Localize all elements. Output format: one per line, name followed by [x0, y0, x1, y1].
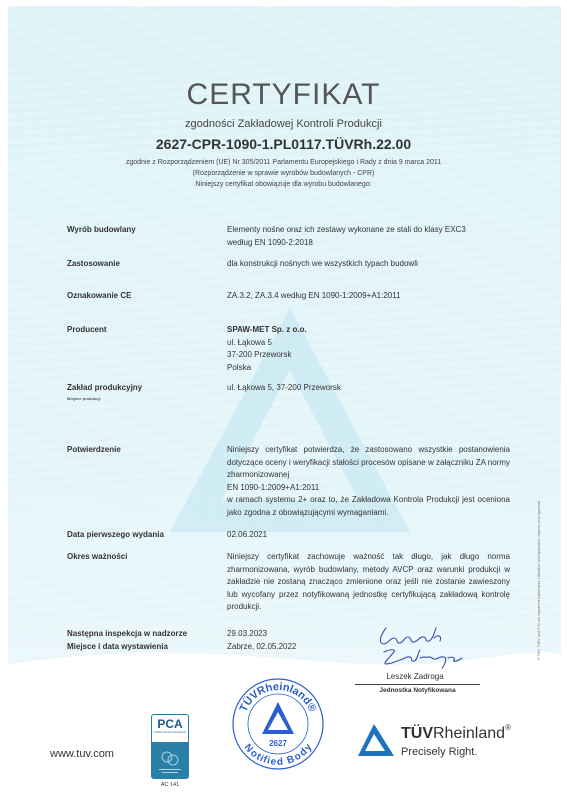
- certificate-page: CERTYFIKAT zgodności Zakładowej Kontroli…: [0, 0, 567, 801]
- field-value: Elementy nośne oraz ich zestawy wykonane…: [227, 224, 510, 249]
- field-label: Miejsce i data wystawienia: [67, 641, 227, 654]
- signature-line: [355, 684, 480, 685]
- value-line: Niniejszy certyfikat potwierdza, że zast…: [227, 444, 510, 482]
- field-value: ul. Łąkowa 5, 37-200 Przeworsk: [227, 382, 510, 395]
- field-sublabel: Miejsce produkcji: [67, 395, 227, 402]
- field-label: Zastosowanie: [67, 258, 227, 271]
- field-label: Okres ważności: [67, 551, 227, 564]
- value-line: EN 1090-1:2009+A1:2011: [227, 482, 510, 495]
- field-label: Data pierwszego wydania: [67, 529, 227, 542]
- address-line: 37-200 Przeworsk: [227, 349, 510, 362]
- pca-rings-icon: [151, 742, 189, 779]
- tuv-brand-name: TÜVRheinland®: [401, 725, 511, 743]
- tuv-triangle-logo-icon: [356, 722, 396, 758]
- address-line: Polska: [227, 362, 510, 375]
- field-value: Niniejszy certyfikat potwierdza, że zast…: [227, 444, 510, 519]
- producer-name: SPAW-MET Sp. z o.o.: [227, 324, 510, 337]
- value-line: Elementy nośne oraz ich zestawy wykonane…: [227, 224, 510, 237]
- value-line: według EN 1090-2:2018: [227, 237, 510, 250]
- field-label: Następna inspekcja w nadzorze: [67, 628, 227, 641]
- signer-name: Leszek Zadroga: [360, 672, 470, 681]
- regulation-line: zgodnie z Rozporządzeniem (UE) Nr 305/20…: [0, 157, 567, 168]
- website-link[interactable]: www.tuv.com: [50, 748, 114, 760]
- pca-word: PCA: [152, 715, 188, 731]
- brand-regular: Rheinland: [433, 725, 505, 742]
- certificate-number: 2627-CPR-1090-1.PL0117.TÜVRh.22.00: [0, 136, 567, 152]
- field-label: Oznakowanie CE: [67, 290, 227, 303]
- trademark-note: ® TÜV, TUEV and TUV are registered trade…: [537, 390, 541, 660]
- regulation-text: zgodnie z Rozporządzeniem (UE) Nr 305/20…: [0, 157, 567, 190]
- address-line: ul. Łąkowa 5: [227, 337, 510, 350]
- notified-body-stamp: TÜVRheinland® Notified Body 2627: [228, 672, 328, 772]
- certificate-title: CERTYFIKAT: [0, 78, 567, 112]
- pca-code: AC 141: [151, 782, 189, 788]
- field-value: 02.06.2021: [227, 529, 510, 542]
- field-value: ZA.3.2, ZA.3.4 według EN 1090-1:2009+A1:…: [227, 290, 510, 303]
- pca-accreditation-logo: PCA Polskie Centrum Akredytacji: [151, 714, 189, 779]
- signer-role: Jednostka Notyfikowana: [355, 687, 480, 694]
- field-value: dla konstrukcji nośnych we wszystkich ty…: [227, 258, 510, 271]
- certificate-subtitle: zgodności Zakładowej Kontroli Produkcji: [0, 118, 567, 130]
- field-label: Wyrób budowlany: [67, 224, 227, 237]
- field-label: Producent: [67, 324, 227, 337]
- field-label: Zakład produkcyjny Miejsce produkcji: [67, 382, 227, 402]
- value-line: w ramach systemu 2+ oraz to, że Zakładow…: [227, 494, 510, 519]
- field-value: Niniejszy certyfikat zachowuje ważność t…: [227, 551, 510, 614]
- stamp-number: 2627: [269, 739, 287, 748]
- regulation-line: (Rozporządzenie w sprawie wyrobów budowl…: [0, 168, 567, 179]
- regulation-line: Niniejszy certyfikat obowiązuje dla wyro…: [0, 179, 567, 190]
- field-label: Potwierdzenie: [67, 444, 227, 457]
- field-value: SPAW-MET Sp. z o.o. ul. Łąkowa 5 37-200 …: [227, 324, 510, 374]
- signature-image: [370, 622, 480, 670]
- pca-small-text: Polskie Centrum Akredytacji: [152, 731, 188, 734]
- brand-bold: TÜV: [401, 725, 433, 742]
- tuv-claim: Precisely Right.: [401, 746, 477, 758]
- registered-mark: ®: [505, 723, 511, 732]
- field-label-text: Zakład produkcyjny: [67, 383, 142, 392]
